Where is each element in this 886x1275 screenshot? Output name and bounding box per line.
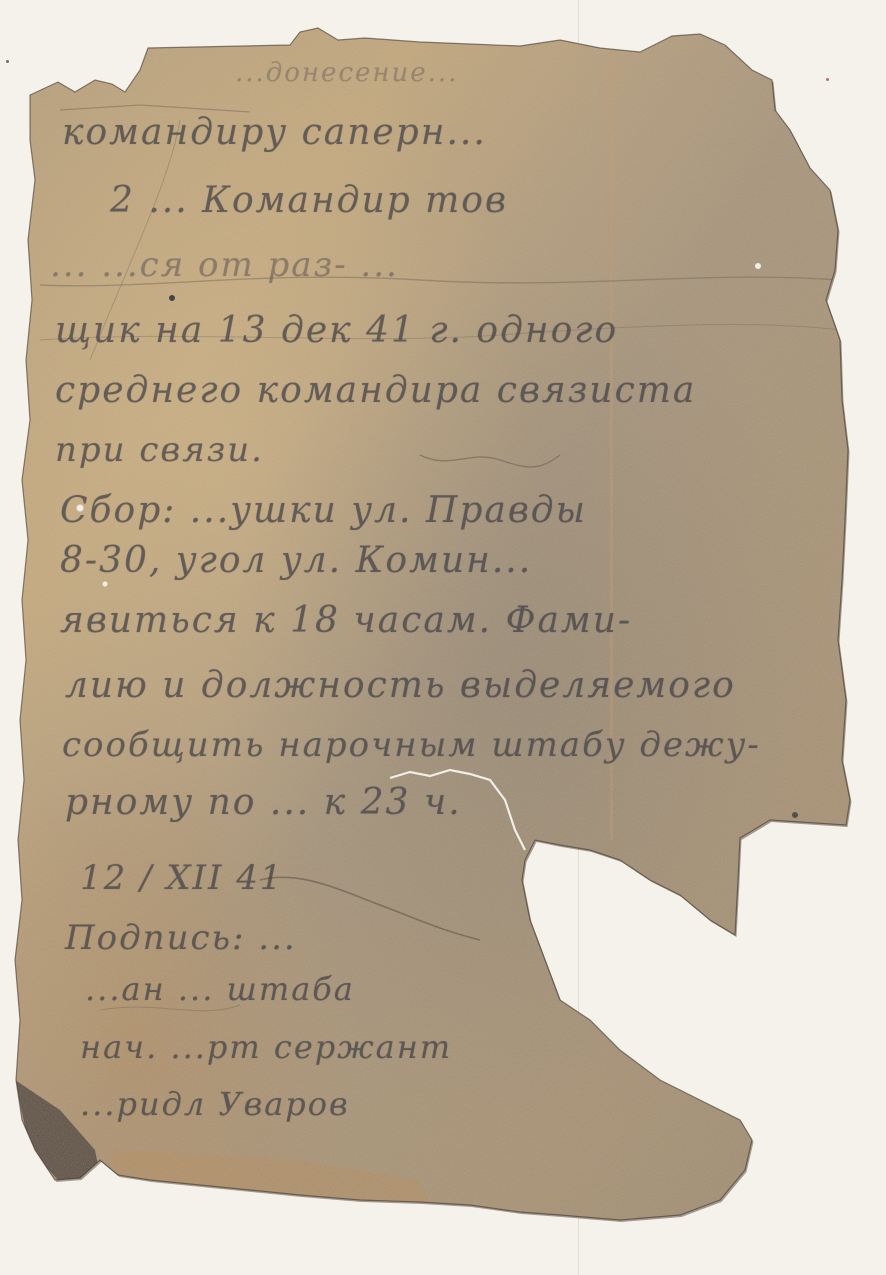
background-speck bbox=[826, 78, 829, 81]
background-speck bbox=[6, 60, 9, 63]
torn-paper-sheet bbox=[0, 0, 886, 1275]
document-photo: ...донесение... командиру саперн... 2 ..… bbox=[0, 0, 886, 1275]
paper-shape bbox=[0, 0, 886, 1275]
